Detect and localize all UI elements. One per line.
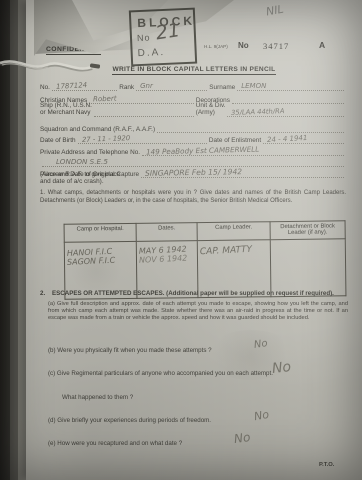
stamp-number-handwritten: 21 <box>154 19 181 44</box>
cell-block-leader <box>270 239 346 297</box>
question-2d-label: (d) Give briefly your experiences during… <box>48 417 211 424</box>
unit-div-label: Unit & Div. <box>196 103 226 110</box>
form-row-address: Private Address and Telephone No. 149 Pe… <box>40 145 346 156</box>
answer-2d: No <box>253 408 270 423</box>
binding-string <box>0 48 120 88</box>
serial-number: 34717 <box>263 41 289 51</box>
col-dates: Dates. <box>136 223 197 242</box>
question-1-text: 1. What camps, detachments or hospitals … <box>40 190 346 205</box>
col-block-leader: Detachment or Block Leader (if any). <box>270 221 345 240</box>
cell-camp: HANOI F.I.C SAGON F.I.C <box>64 241 137 299</box>
form-reference: H.L. 9(JAP) <box>204 44 228 49</box>
form-row-dates: Date of Birth 27 - 11 - 1920 Date of Enl… <box>40 133 346 144</box>
form-row-unit: Ship (R.N., U.S.N. or Merchant Navy Unit… <box>40 103 346 117</box>
question-2b-label: (b) Were you physically fit when you mad… <box>48 347 212 354</box>
stamp-no-label: No <box>137 33 151 44</box>
surname-label: Surname <box>209 84 235 91</box>
stamp-da: D.A. <box>137 47 165 59</box>
question-2a-text: (a) Give full description and approx. da… <box>48 301 348 322</box>
camps-table-header-row: Camp or Hospital. Dates. Camp Leader. De… <box>64 221 345 242</box>
answer-2e: No <box>233 430 251 446</box>
rank-label: Rank <box>119 84 134 91</box>
series-letter: A <box>319 40 325 50</box>
form-row-capture: Place and Date of Original Capture SINGA… <box>40 167 346 178</box>
address-field-line2: LONDON S.E.5 <box>42 156 344 167</box>
block-stamp: BLOCK No 21 D.A. <box>129 8 197 67</box>
cell-dates: MAY 6 1942 NOV 6 1942 <box>136 241 198 299</box>
address-label: Private Address and Telephone No. <box>40 149 140 156</box>
question-2c2-label: What happened to them ? <box>62 394 133 401</box>
squadron-label: Squadron and Command (R.A.F., A.A.F.) <box>40 126 155 133</box>
enlistment-field: 24 - 4 1941 <box>263 133 344 144</box>
question-2-number: 2. <box>40 290 45 297</box>
form-row-address2: LONDON S.E.5 <box>40 156 346 167</box>
dob-field: 27 - 11 - 1920 <box>78 133 207 144</box>
col-camp-or-hospital: Camp or Hospital. <box>64 223 136 242</box>
unit-div-label2: (Army) <box>196 110 226 117</box>
nil-annotation: NIL <box>265 3 285 19</box>
question-2-heading: ESCAPES OR ATTEMPTED ESCAPES. (Additiona… <box>52 290 334 297</box>
question-2c-label: (c) Give Regimental particulars of anyon… <box>48 370 273 377</box>
unit-div-field: 35/LAA 44th/RA <box>227 106 344 117</box>
ship-label: Ship (R.N., U.S.N. <box>40 103 92 110</box>
address-field: 149 PeaBody Est CAMBERWELL <box>142 145 344 156</box>
christian-names-field: Robert <box>89 93 194 104</box>
ship-field <box>94 106 194 117</box>
answer-2c: No <box>271 359 292 377</box>
christian-names-label: Christian Names <box>40 97 87 104</box>
surname-field: LEMON <box>237 80 344 91</box>
pto-marking: P.T.O. <box>319 462 334 468</box>
enlistment-label: Date of Enlistment <box>209 137 261 144</box>
capture-note-line2: and date of a/c crash). <box>40 179 120 186</box>
capture-field: SINGAPORE Feb 15/ 1942 <box>141 167 344 178</box>
answer-2b: No <box>253 338 268 351</box>
paper-stain <box>206 330 296 380</box>
capture-note-line1: (Aircrew R.A.F. to give place <box>40 172 120 179</box>
pencil-instruction: WRITE IN BLOCK CAPITAL LETTERS IN PENCIL <box>112 66 275 75</box>
capture-label: Place and Date of Original Capture <box>40 171 139 178</box>
ship-label2: or Merchant Navy <box>40 110 92 117</box>
decorations-label: Decorations <box>196 97 230 104</box>
camps-table: Camp or Hospital. Dates. Camp Leader. De… <box>64 220 347 299</box>
decorations-field <box>232 93 344 104</box>
cell-leader: CAP. MATTY <box>197 240 271 298</box>
camps-table-row: HANOI F.I.C SAGON F.I.C MAY 6 1942 NOV 6… <box>64 239 346 299</box>
paper-stain <box>66 250 126 290</box>
dob-label: Date of Birth <box>40 137 76 144</box>
rank-field: Gnr <box>136 80 207 91</box>
form-row-names: Christian Names Robert Decorations <box>40 93 346 104</box>
serial-no-label: No <box>238 41 249 50</box>
photographed-pow-form: BLOCK BLOCK No 21 D.A. NIL CONFIDENTIAL … <box>0 0 362 480</box>
squadron-field <box>157 122 344 133</box>
col-camp-leader: Camp Leader. <box>197 222 270 241</box>
form-row-squadron: Squadron and Command (R.A.F., A.A.F.) <box>40 122 346 133</box>
question-2e-label: (e) How were you recaptured and on what … <box>48 440 182 447</box>
